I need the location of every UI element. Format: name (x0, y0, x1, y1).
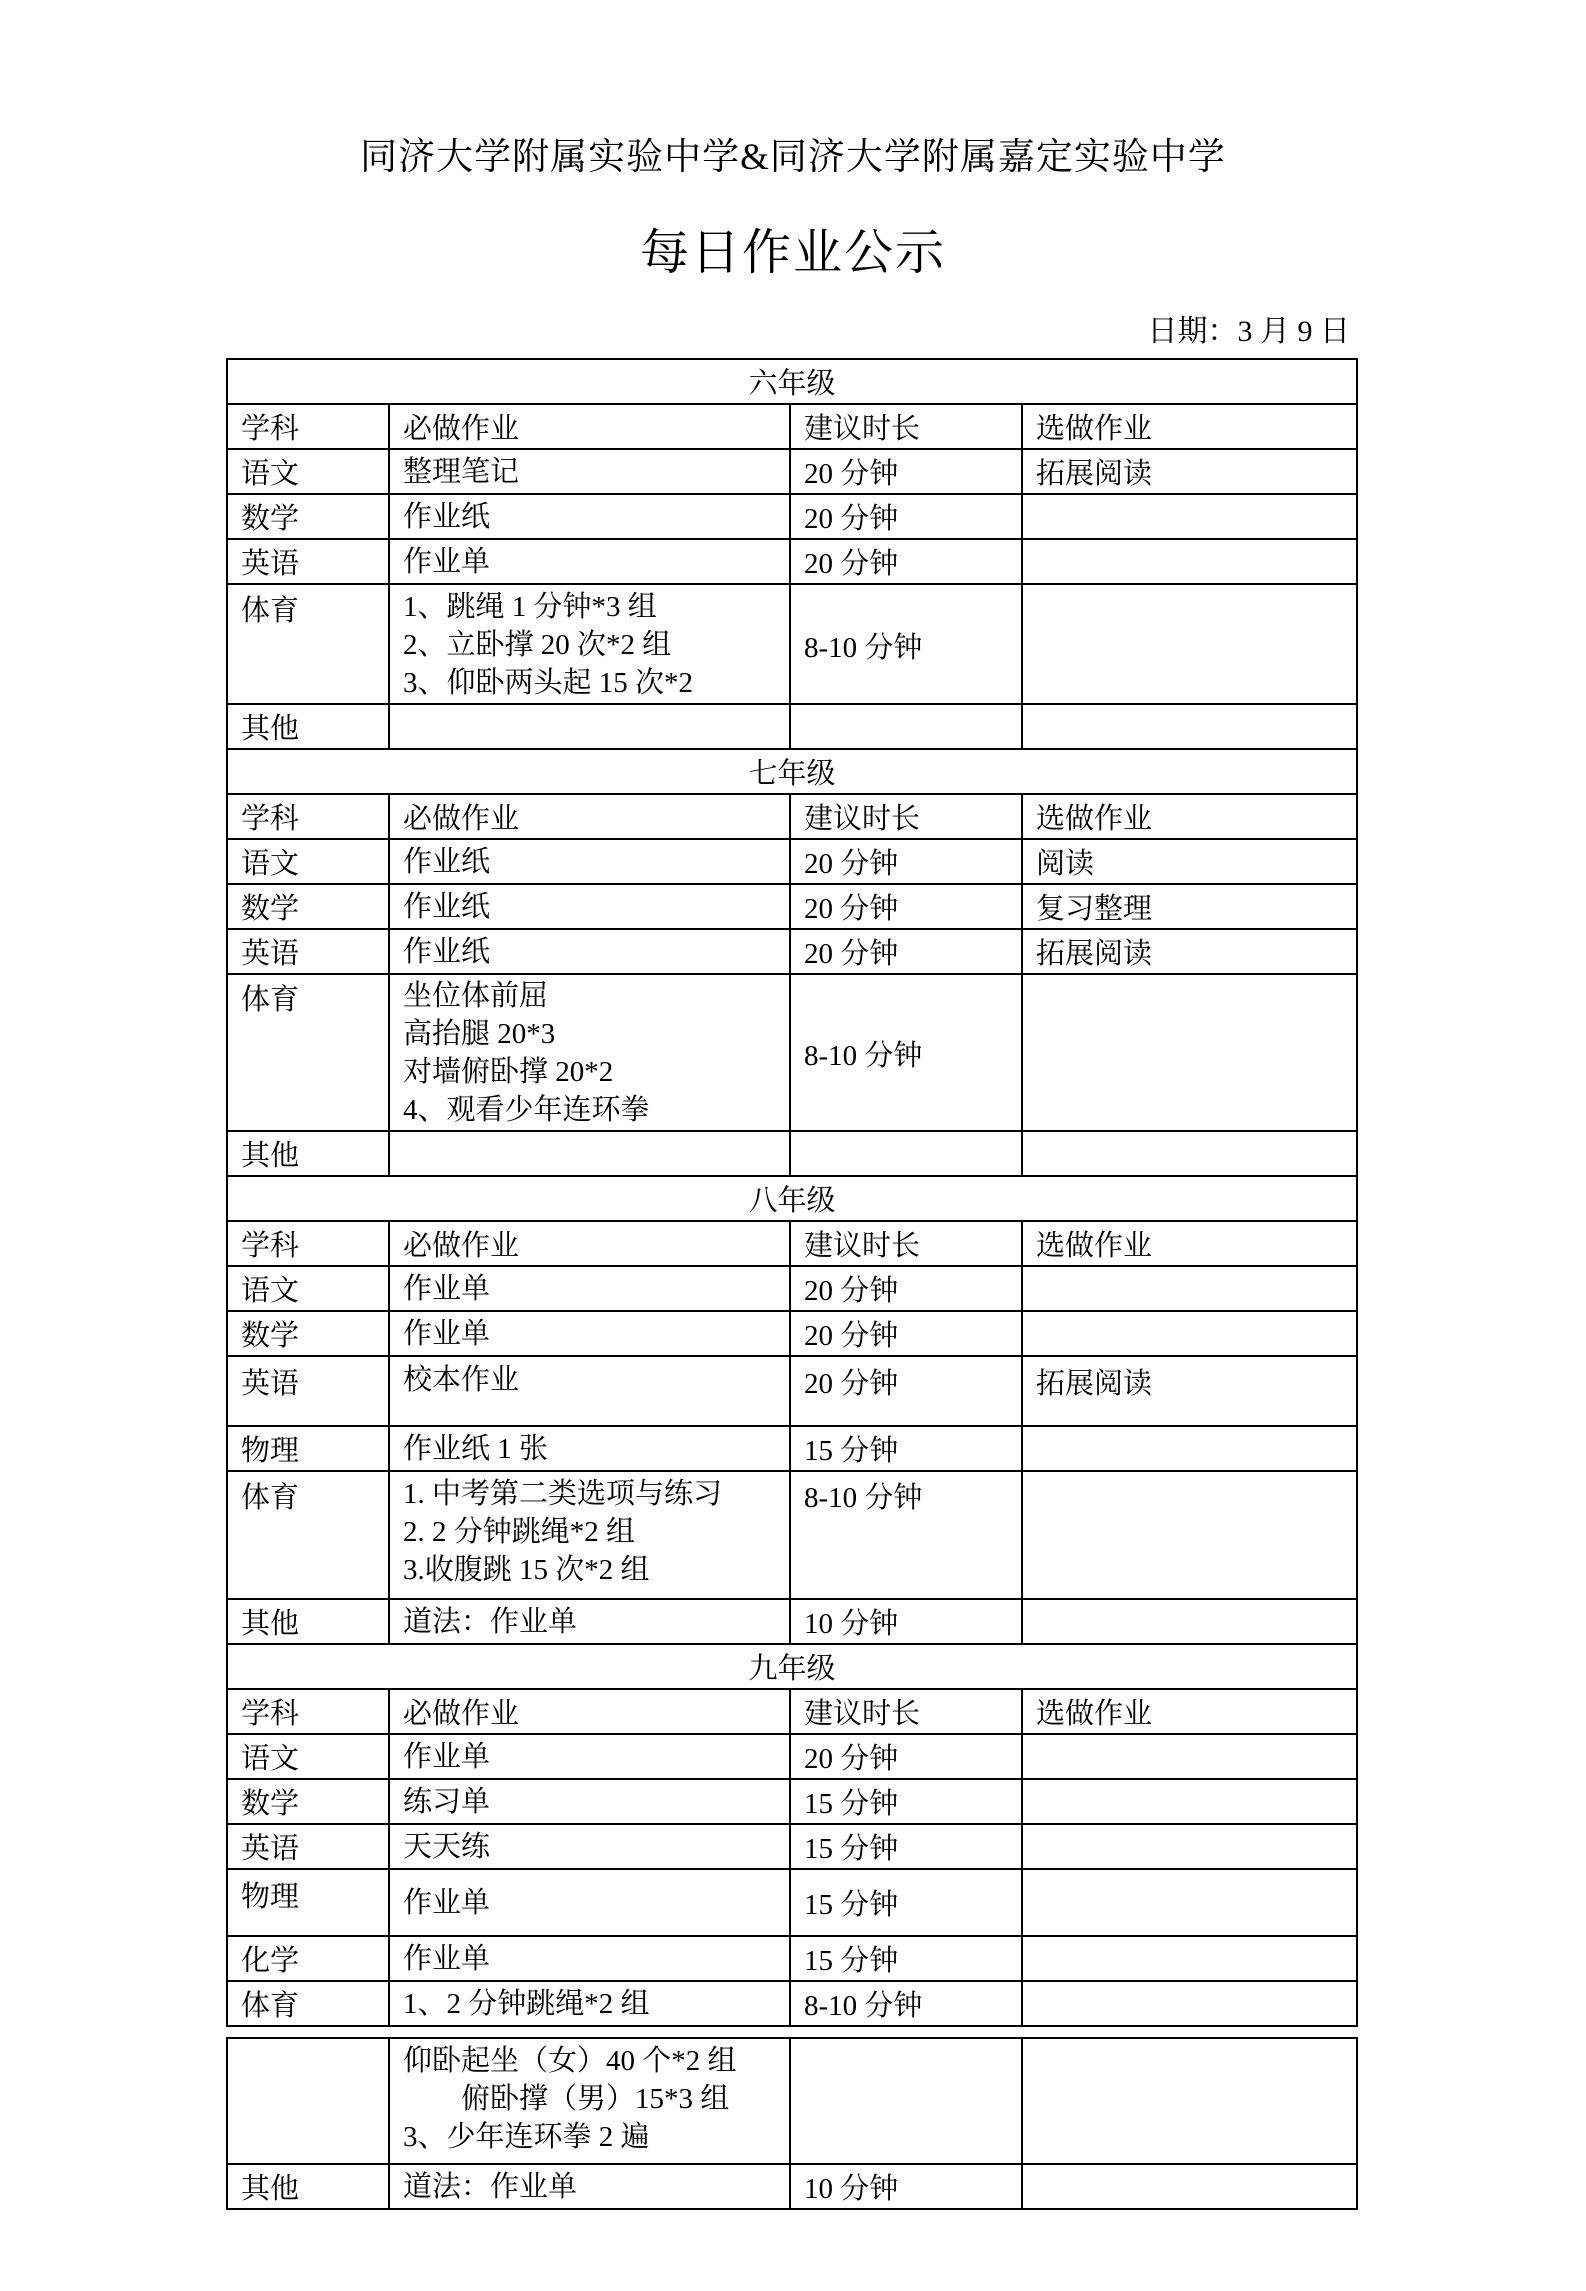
subject-cell: 语文 (227, 1266, 389, 1311)
column-header: 选做作业 (1022, 1689, 1357, 1734)
required-line: 整理笔记 (403, 453, 776, 491)
subject-cell: 其他 (227, 1131, 389, 1176)
grades-table-continued: 仰卧起坐（女）40 个*2 组 俯卧撑（男）15*3 组3、少年连环拳 2 遍其… (226, 2037, 1358, 2210)
required-cell: 整理笔记 (389, 449, 790, 494)
required-cell: 作业单 (389, 1936, 790, 1981)
required-line: 道法：作业单 (403, 1603, 776, 1641)
subject-cell: 英语 (227, 929, 389, 974)
duration-cell: 8-10 分钟 (790, 1981, 1022, 2026)
required-line: 1、跳绳 1 分钟*3 组 (403, 588, 776, 626)
column-header: 建议时长 (790, 1221, 1022, 1266)
grade-caption-row: 六年级 (227, 359, 1357, 404)
duration-cell (790, 704, 1022, 749)
required-line: 道法：作业单 (403, 2168, 776, 2206)
subject-cell: 其他 (227, 704, 389, 749)
table-row: 英语校本作业20 分钟拓展阅读 (227, 1356, 1357, 1426)
duration-cell: 20 分钟 (790, 929, 1022, 974)
grade-caption: 八年级 (227, 1176, 1357, 1221)
optional-cell: 阅读 (1022, 839, 1357, 884)
required-line: 2. 2 分钟跳绳*2 组 (403, 1513, 776, 1551)
required-cell: 作业单 (389, 1869, 790, 1936)
document-page: 同济大学附属实验中学&同济大学附属嘉定实验中学 每日作业公示 日期：3 月 9 … (0, 0, 1586, 2291)
subject-cell: 体育 (227, 1981, 389, 2026)
required-cell: 作业纸 (389, 884, 790, 929)
required-cell: 1、跳绳 1 分钟*3 组2、立卧撑 20 次*2 组3、仰卧两头起 15 次*… (389, 584, 790, 704)
required-line: 作业单 (403, 1738, 776, 1776)
required-line: 作业纸 (403, 843, 776, 881)
required-line: 1、2 分钟跳绳*2 组 (403, 1985, 776, 2023)
table-row: 数学练习单15 分钟 (227, 1779, 1357, 1824)
subject-cell (227, 2038, 389, 2164)
column-header: 学科 (227, 1689, 389, 1734)
required-cell: 仰卧起坐（女）40 个*2 组 俯卧撑（男）15*3 组3、少年连环拳 2 遍 (389, 2038, 790, 2164)
column-header: 必做作业 (389, 794, 790, 839)
optional-cell (1022, 1311, 1357, 1356)
required-line: 作业单 (403, 1940, 776, 1978)
table-row: 其他道法：作业单10 分钟 (227, 1599, 1357, 1644)
subject-cell: 化学 (227, 1936, 389, 1981)
grade-caption: 六年级 (227, 359, 1357, 404)
table-row: 其他道法：作业单10 分钟 (227, 2164, 1357, 2209)
column-header: 必做作业 (389, 1689, 790, 1734)
table-row: 语文作业纸20 分钟阅读 (227, 839, 1357, 884)
required-line: 校本作业 (403, 1361, 776, 1399)
duration-cell: 20 分钟 (790, 449, 1022, 494)
duration-cell: 20 分钟 (790, 839, 1022, 884)
table-row: 数学作业单20 分钟 (227, 1311, 1357, 1356)
duration-cell: 15 分钟 (790, 1869, 1022, 1936)
required-cell (389, 1131, 790, 1176)
duration-cell: 20 分钟 (790, 1266, 1022, 1311)
required-line: 3、仰卧两头起 15 次*2 (403, 664, 776, 702)
table-row: 语文作业单20 分钟 (227, 1266, 1357, 1311)
grade-caption-row: 七年级 (227, 749, 1357, 794)
optional-cell (1022, 2038, 1357, 2164)
required-line: 3、少年连环拳 2 遍 (403, 2118, 776, 2156)
optional-cell: 拓展阅读 (1022, 1356, 1357, 1426)
required-line: 1. 中考第二类选项与练习 (403, 1475, 776, 1513)
required-line: 4、观看少年连环拳 (403, 1091, 776, 1129)
table-row: 英语天天练15 分钟 (227, 1824, 1357, 1869)
required-line: 天天练 (403, 1828, 776, 1866)
subject-cell: 数学 (227, 1311, 389, 1356)
table-row: 体育坐位体前屈高抬腿 20*3对墙俯卧撑 20*24、观看少年连环拳8-10 分… (227, 974, 1357, 1131)
column-header: 选做作业 (1022, 794, 1357, 839)
required-line: 作业纸 (403, 933, 776, 971)
duration-cell: 8-10 分钟 (790, 974, 1022, 1131)
column-header: 学科 (227, 404, 389, 449)
duration-cell: 10 分钟 (790, 1599, 1022, 1644)
subject-cell: 英语 (227, 1824, 389, 1869)
column-header: 选做作业 (1022, 404, 1357, 449)
column-header: 建议时长 (790, 1689, 1022, 1734)
required-cell: 校本作业 (389, 1356, 790, 1426)
table-row: 其他 (227, 704, 1357, 749)
duration-cell: 20 分钟 (790, 1311, 1022, 1356)
required-cell: 坐位体前屈高抬腿 20*3对墙俯卧撑 20*24、观看少年连环拳 (389, 974, 790, 1131)
duration-cell: 15 分钟 (790, 1779, 1022, 1824)
required-cell: 1. 中考第二类选项与练习2. 2 分钟跳绳*2 组3.收腹跳 15 次*2 组 (389, 1471, 790, 1599)
duration-cell: 20 分钟 (790, 1734, 1022, 1779)
table-row: 物理作业纸 1 张15 分钟 (227, 1426, 1357, 1471)
subject-cell: 语文 (227, 449, 389, 494)
required-line: 作业单 (403, 1315, 776, 1353)
table-row: 语文作业单20 分钟 (227, 1734, 1357, 1779)
column-header: 选做作业 (1022, 1221, 1357, 1266)
required-line: 高抬腿 20*3 (403, 1015, 776, 1053)
required-cell: 作业纸 (389, 494, 790, 539)
optional-cell (1022, 974, 1357, 1131)
required-cell: 天天练 (389, 1824, 790, 1869)
table-row: 化学作业单15 分钟 (227, 1936, 1357, 1981)
optional-cell (1022, 1779, 1357, 1824)
subject-cell: 数学 (227, 1779, 389, 1824)
optional-cell: 复习整理 (1022, 884, 1357, 929)
subject-cell: 物理 (227, 1426, 389, 1471)
subject-cell: 体育 (227, 584, 389, 704)
duration-cell: 15 分钟 (790, 1824, 1022, 1869)
grade-caption-row: 八年级 (227, 1176, 1357, 1221)
table-row: 英语作业纸20 分钟拓展阅读 (227, 929, 1357, 974)
required-line: 坐位体前屈 (403, 977, 776, 1015)
document-title: 同济大学附属实验中学&同济大学附属嘉定实验中学 (0, 0, 1586, 180)
optional-cell: 拓展阅读 (1022, 449, 1357, 494)
subject-cell: 其他 (227, 1599, 389, 1644)
table-row: 体育1. 中考第二类选项与练习2. 2 分钟跳绳*2 组3.收腹跳 15 次*2… (227, 1471, 1357, 1599)
required-cell: 作业单 (389, 539, 790, 584)
duration-cell: 20 分钟 (790, 494, 1022, 539)
optional-cell (1022, 1266, 1357, 1311)
optional-cell (1022, 1599, 1357, 1644)
subject-cell: 体育 (227, 974, 389, 1131)
duration-cell (790, 1131, 1022, 1176)
subject-cell: 数学 (227, 494, 389, 539)
column-header-row: 学科必做作业建议时长选做作业 (227, 404, 1357, 449)
optional-cell: 拓展阅读 (1022, 929, 1357, 974)
subject-cell: 语文 (227, 1734, 389, 1779)
duration-cell: 10 分钟 (790, 2164, 1022, 2209)
document-subtitle: 每日作业公示 (0, 214, 1586, 284)
column-header: 必做作业 (389, 1221, 790, 1266)
optional-cell (1022, 1869, 1357, 1936)
column-header: 必做作业 (389, 404, 790, 449)
optional-cell (1022, 1981, 1357, 2026)
grade-caption: 七年级 (227, 749, 1357, 794)
column-header-row: 学科必做作业建议时长选做作业 (227, 1689, 1357, 1734)
duration-cell: 15 分钟 (790, 1426, 1022, 1471)
subject-cell: 英语 (227, 539, 389, 584)
homework-tables: 六年级学科必做作业建议时长选做作业语文整理笔记20 分钟拓展阅读数学作业纸20 … (226, 358, 1356, 2210)
optional-cell (1022, 704, 1357, 749)
required-cell: 作业单 (389, 1734, 790, 1779)
required-cell (389, 704, 790, 749)
column-header: 学科 (227, 1221, 389, 1266)
column-header-row: 学科必做作业建议时长选做作业 (227, 794, 1357, 839)
table-row: 仰卧起坐（女）40 个*2 组 俯卧撑（男）15*3 组3、少年连环拳 2 遍 (227, 2038, 1357, 2164)
required-cell: 练习单 (389, 1779, 790, 1824)
required-line: 2、立卧撑 20 次*2 组 (403, 626, 776, 664)
table-row: 物理作业单15 分钟 (227, 1869, 1357, 1936)
optional-cell (1022, 1824, 1357, 1869)
optional-cell (1022, 584, 1357, 704)
required-cell: 作业单 (389, 1311, 790, 1356)
required-line: 仰卧起坐（女）40 个*2 组 (403, 2042, 776, 2080)
required-line: 作业纸 (403, 888, 776, 926)
subject-cell: 英语 (227, 1356, 389, 1426)
grades-table-main: 六年级学科必做作业建议时长选做作业语文整理笔记20 分钟拓展阅读数学作业纸20 … (226, 358, 1358, 2027)
required-line: 对墙俯卧撑 20*2 (403, 1053, 776, 1091)
duration-cell: 20 分钟 (790, 1356, 1022, 1426)
optional-cell (1022, 1131, 1357, 1176)
required-line: 作业单 (403, 1884, 776, 1922)
optional-cell (1022, 1426, 1357, 1471)
required-cell: 道法：作业单 (389, 2164, 790, 2209)
table-row: 体育1、跳绳 1 分钟*3 组2、立卧撑 20 次*2 组3、仰卧两头起 15 … (227, 584, 1357, 704)
duration-cell: 20 分钟 (790, 539, 1022, 584)
table-row: 体育1、2 分钟跳绳*2 组8-10 分钟 (227, 1981, 1357, 2026)
required-line: 作业单 (403, 1270, 776, 1308)
optional-cell (1022, 1471, 1357, 1599)
optional-cell (1022, 494, 1357, 539)
grade-caption-row: 九年级 (227, 1644, 1357, 1689)
column-header: 学科 (227, 794, 389, 839)
grade-caption: 九年级 (227, 1644, 1357, 1689)
required-cell: 作业纸 (389, 929, 790, 974)
duration-cell: 8-10 分钟 (790, 1471, 1022, 1599)
table-row: 数学作业纸20 分钟复习整理 (227, 884, 1357, 929)
subject-cell: 物理 (227, 1869, 389, 1936)
subject-cell: 体育 (227, 1471, 389, 1599)
required-cell: 1、2 分钟跳绳*2 组 (389, 1981, 790, 2026)
subject-cell: 语文 (227, 839, 389, 884)
required-cell: 作业纸 (389, 839, 790, 884)
required-line: 3.收腹跳 15 次*2 组 (403, 1551, 776, 1589)
duration-cell: 15 分钟 (790, 1936, 1022, 1981)
duration-cell: 8-10 分钟 (790, 584, 1022, 704)
required-line: 俯卧撑（男）15*3 组 (403, 2080, 776, 2118)
required-line: 作业纸 1 张 (403, 1430, 776, 1468)
required-line: 作业单 (403, 543, 776, 581)
required-line: 作业纸 (403, 498, 776, 536)
optional-cell (1022, 1936, 1357, 1981)
table-row: 英语作业单20 分钟 (227, 539, 1357, 584)
page-break-gap (226, 2027, 1356, 2037)
required-cell: 作业纸 1 张 (389, 1426, 790, 1471)
subject-cell: 其他 (227, 2164, 389, 2209)
required-line: 练习单 (403, 1783, 776, 1821)
column-header: 建议时长 (790, 404, 1022, 449)
table-row: 数学作业纸20 分钟 (227, 494, 1357, 539)
optional-cell (1022, 539, 1357, 584)
table-row: 语文整理笔记20 分钟拓展阅读 (227, 449, 1357, 494)
required-cell: 作业单 (389, 1266, 790, 1311)
date-label: 日期：3 月 9 日 (226, 306, 1356, 350)
subject-cell: 数学 (227, 884, 389, 929)
table-row: 其他 (227, 1131, 1357, 1176)
optional-cell (1022, 2164, 1357, 2209)
optional-cell (1022, 1734, 1357, 1779)
required-cell: 道法：作业单 (389, 1599, 790, 1644)
column-header: 建议时长 (790, 794, 1022, 839)
column-header-row: 学科必做作业建议时长选做作业 (227, 1221, 1357, 1266)
duration-cell (790, 2038, 1022, 2164)
duration-cell: 20 分钟 (790, 884, 1022, 929)
